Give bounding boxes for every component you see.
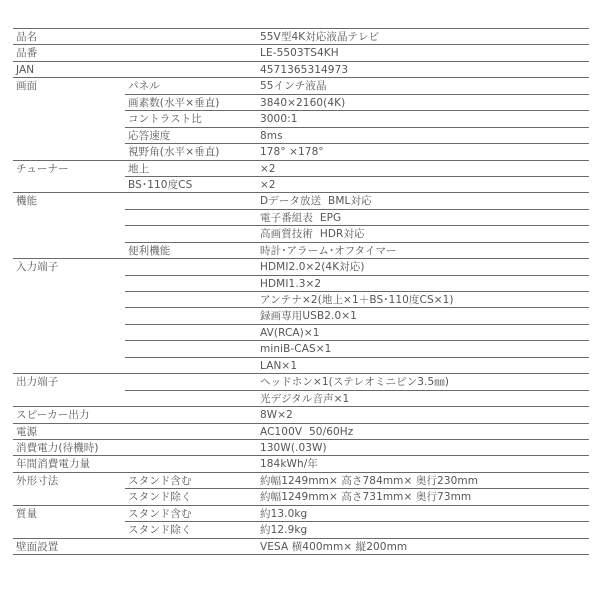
- spec-value: 184kWh/年: [260, 456, 318, 472]
- spec-row: 年間消費電力量184kWh/年: [13, 456, 589, 472]
- spec-row: 高画質技術 HDR対応: [13, 226, 589, 242]
- spec-label: 画面: [16, 78, 37, 94]
- spec-sublabel: 視野角(水平×垂直): [128, 144, 220, 160]
- spec-row: スタンド除く約幅1249mm× 高さ731mm× 奥行73mm: [13, 489, 589, 505]
- spec-sublabel: スタンド除く: [128, 522, 192, 538]
- spec-row: 機能Dデータ放送 BML対応: [13, 193, 589, 209]
- spec-value: Dデータ放送 BML対応: [260, 193, 372, 209]
- spec-table: 品名55V型4K対応液晶テレビ品番LE-5503TS4KHJAN45713653…: [13, 29, 589, 555]
- spec-label: 外形寸法: [16, 473, 58, 489]
- spec-value: 約幅1249mm× 高さ784mm× 奥行230mm: [260, 473, 478, 489]
- spec-sublabel: コントラスト比: [128, 111, 202, 127]
- spec-label: 入力端子: [16, 259, 58, 275]
- spec-row: 質量スタンド含む約13.0kg: [13, 506, 589, 522]
- spec-value: VESA 横400mm× 縦200mm: [260, 539, 407, 555]
- spec-rows: 品名55V型4K対応液晶テレビ品番LE-5503TS4KHJAN45713653…: [13, 29, 589, 555]
- spec-sublabel: パネル: [128, 78, 160, 94]
- spec-label: 質量: [16, 506, 37, 522]
- spec-value: HDMI1.3×2: [260, 276, 321, 292]
- spec-row: チューナー地上×2: [13, 161, 589, 177]
- spec-row: 画素数(水平×垂直)3840×2160(4K): [13, 95, 589, 111]
- spec-value: HDMI2.0×2(4K対応): [260, 259, 365, 275]
- spec-value: 4571365314973: [260, 62, 348, 78]
- spec-row: AV(RCA)×1: [13, 325, 589, 341]
- spec-value: 178° ×178°: [260, 144, 324, 160]
- spec-value: ×2: [260, 161, 276, 177]
- spec-value: AC100V 50/60Hz: [260, 424, 353, 440]
- row-divider: [13, 554, 589, 555]
- spec-label: 年間消費電力量: [16, 456, 90, 472]
- spec-sublabel: 画素数(水平×垂直): [128, 95, 220, 111]
- spec-row: 便利機能時計･アラーム･オフタイマー: [13, 243, 589, 259]
- spec-label: 出力端子: [16, 374, 58, 390]
- spec-row: 録画専用USB2.0×1: [13, 308, 589, 324]
- spec-row: 視野角(水平×垂直)178° ×178°: [13, 144, 589, 160]
- spec-label: 電源: [16, 424, 37, 440]
- spec-sublabel: スタンド含む: [128, 473, 192, 489]
- spec-row: 応答速度8ms: [13, 128, 589, 144]
- spec-row: BS･110度CS×2: [13, 177, 589, 193]
- spec-row: 品名55V型4K対応液晶テレビ: [13, 29, 589, 45]
- spec-sublabel: 応答速度: [128, 128, 170, 144]
- spec-value: 55V型4K対応液晶テレビ: [260, 29, 379, 45]
- spec-row: 電源AC100V 50/60Hz: [13, 424, 589, 440]
- spec-row: HDMI1.3×2: [13, 276, 589, 292]
- spec-sublabel: BS･110度CS: [128, 177, 192, 193]
- spec-label: 消費電力(待機時): [16, 440, 99, 456]
- spec-row: 電子番組表 EPG: [13, 210, 589, 226]
- spec-value: 3840×2160(4K): [260, 95, 345, 111]
- spec-value: LE-5503TS4KH: [260, 45, 339, 61]
- spec-row: JAN4571365314973: [13, 62, 589, 78]
- spec-value: 約12.9kg: [260, 522, 307, 538]
- spec-row: 壁面設置VESA 横400mm× 縦200mm: [13, 539, 589, 555]
- spec-label: 機能: [16, 193, 37, 209]
- spec-value: AV(RCA)×1: [260, 325, 320, 341]
- spec-value: ヘッドホン×1(ステレオミニピン3.5㎜): [260, 374, 449, 390]
- spec-row: コントラスト比3000:1: [13, 111, 589, 127]
- spec-label: スピーカー出力: [16, 407, 90, 423]
- spec-value: LAN×1: [260, 358, 297, 374]
- spec-value: 電子番組表 EPG: [260, 210, 341, 226]
- spec-label: 品番: [16, 45, 37, 61]
- spec-row: 入力端子HDMI2.0×2(4K対応): [13, 259, 589, 275]
- spec-value: 約13.0kg: [260, 506, 307, 522]
- spec-sublabel: 地上: [128, 161, 149, 177]
- spec-value: 高画質技術 HDR対応: [260, 226, 365, 242]
- spec-row: 画面パネル55インチ液晶: [13, 78, 589, 94]
- spec-label: JAN: [16, 62, 34, 78]
- spec-sublabel: スタンド含む: [128, 506, 192, 522]
- spec-value: 時計･アラーム･オフタイマー: [260, 243, 397, 259]
- spec-value: アンテナ×2(地上×1＋BS･110度CS×1): [260, 292, 454, 308]
- spec-row: miniB-CAS×1: [13, 341, 589, 357]
- spec-row: アンテナ×2(地上×1＋BS･110度CS×1): [13, 292, 589, 308]
- spec-label: 品名: [16, 29, 37, 45]
- spec-value: 55インチ液晶: [260, 78, 327, 94]
- spec-value: 130W(.03W): [260, 440, 327, 456]
- spec-row: スタンド除く約12.9kg: [13, 522, 589, 538]
- spec-value: 3000:1: [260, 111, 298, 127]
- spec-value: ×2: [260, 177, 276, 193]
- spec-row: 外形寸法スタンド含む約幅1249mm× 高さ784mm× 奥行230mm: [13, 473, 589, 489]
- spec-value: 8ms: [260, 128, 283, 144]
- spec-value: 録画専用USB2.0×1: [260, 308, 357, 324]
- spec-row: LAN×1: [13, 358, 589, 374]
- spec-value: 光デジタル音声×1: [260, 391, 349, 407]
- spec-value: 約幅1249mm× 高さ731mm× 奥行73mm: [260, 489, 471, 505]
- spec-row: 出力端子ヘッドホン×1(ステレオミニピン3.5㎜): [13, 374, 589, 390]
- spec-label: 壁面設置: [16, 539, 58, 555]
- spec-row: スピーカー出力8W×2: [13, 407, 589, 423]
- spec-row: 品番LE-5503TS4KH: [13, 45, 589, 61]
- spec-value: 8W×2: [260, 407, 293, 423]
- spec-label: チューナー: [16, 161, 69, 177]
- spec-sublabel: スタンド除く: [128, 489, 192, 505]
- spec-row: 消費電力(待機時)130W(.03W): [13, 440, 589, 456]
- spec-row: 光デジタル音声×1: [13, 391, 589, 407]
- spec-value: miniB-CAS×1: [260, 341, 331, 357]
- spec-sublabel: 便利機能: [128, 243, 170, 259]
